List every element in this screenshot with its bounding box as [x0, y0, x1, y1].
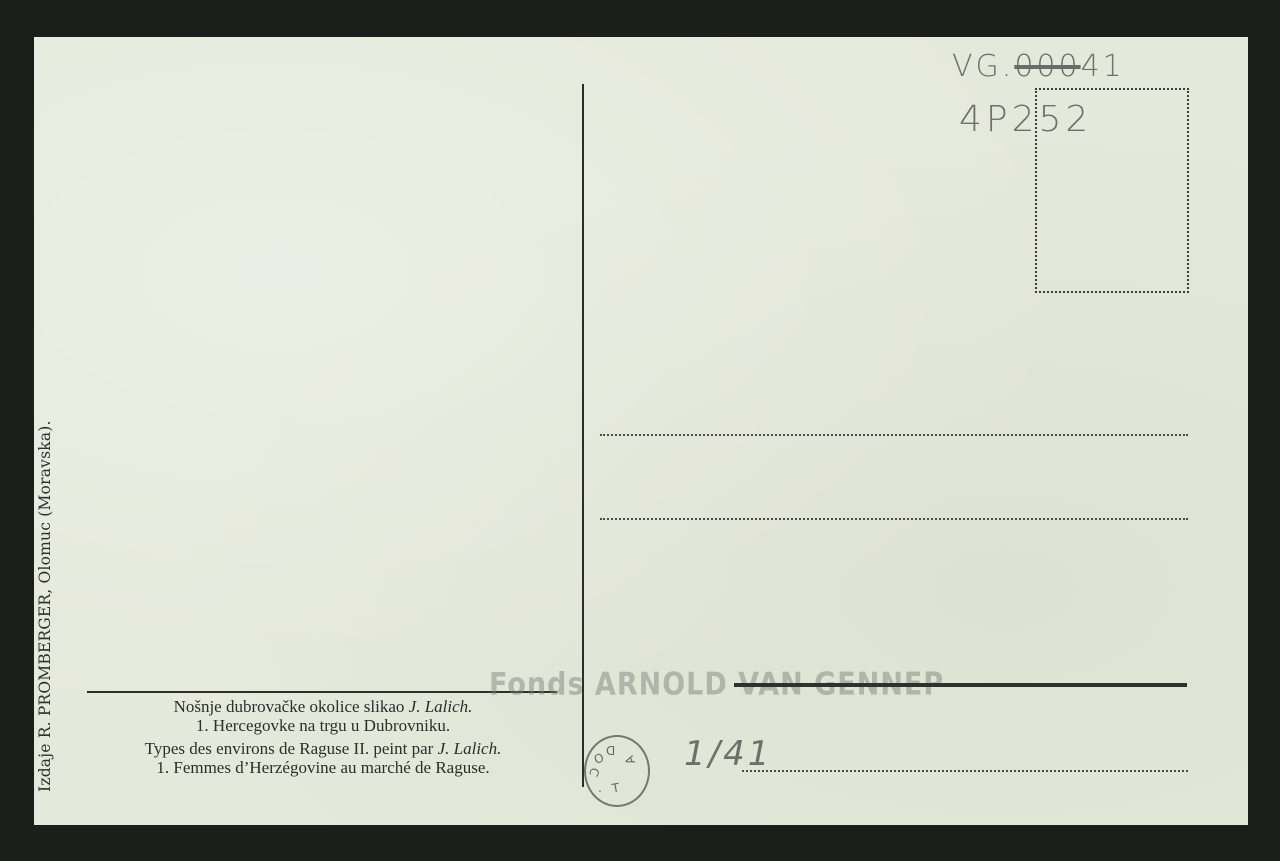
caption-block: Nošnje dubrovačke okolice slikao J. Lali…	[78, 697, 568, 777]
address-line-4	[742, 770, 1188, 772]
artist-name: J. Lalich.	[438, 739, 502, 758]
publisher-imprint: Izdaje R. PROMBERGER, Olomuc (Moravska).	[36, 420, 54, 792]
round-postmark: D O C A T .	[584, 735, 650, 807]
postcard-back: Izdaje R. PROMBERGER, Olomuc (Moravska).…	[34, 37, 1248, 825]
caption-rule	[87, 691, 557, 693]
artist-name: J. Lalich.	[409, 697, 473, 716]
address-line-2	[600, 518, 1188, 520]
struck-out-digits: 000	[1014, 49, 1080, 84]
caption-line-2: 1. Hercegovke na trgu u Dubrovniku.	[78, 716, 568, 735]
caption-line-3: Types des environs de Raguse II. peint p…	[78, 739, 568, 758]
address-line-1	[600, 434, 1188, 436]
address-line-3	[734, 683, 1187, 687]
caption-line-4: 1. Femmes d’Herzégovine au marché de Rag…	[78, 758, 568, 777]
handwritten-note: 1/41	[684, 734, 772, 774]
handwritten-catalog-number: VG.00041	[952, 49, 1125, 84]
handwritten-reference: 4P252	[959, 99, 1092, 140]
